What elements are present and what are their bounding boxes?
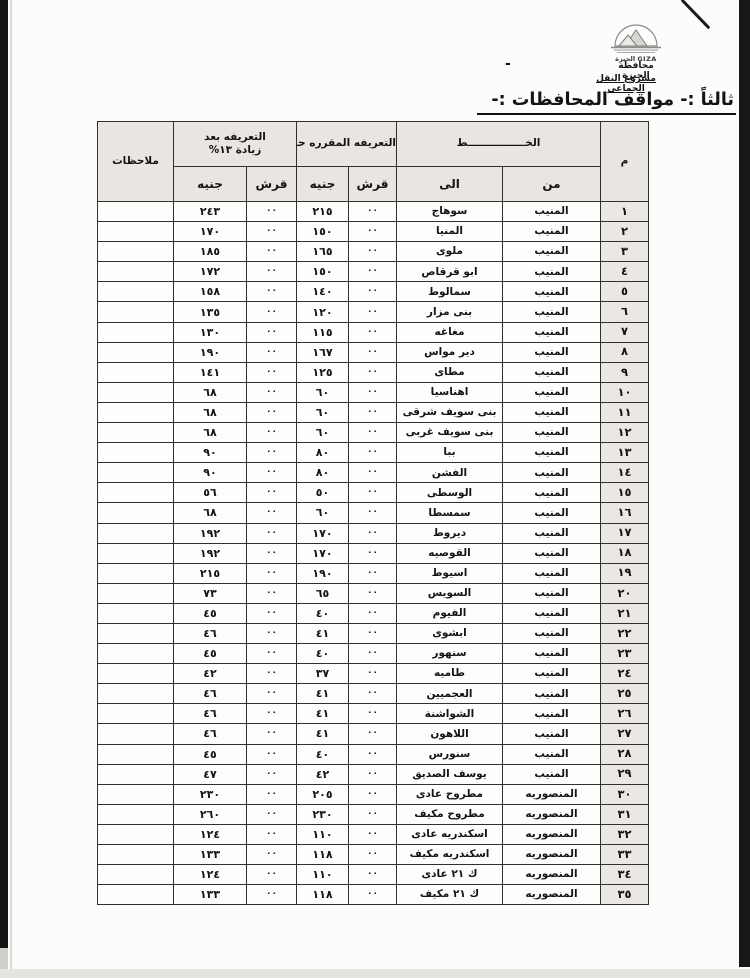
from-cell: المنيب	[503, 704, 601, 724]
increased-qirsh-cell: ٠٠	[247, 644, 297, 664]
from-cell: المنيب	[503, 342, 601, 362]
increased-guinea-cell: ٢٤٣	[174, 202, 247, 222]
row-index-cell: ٢٤	[601, 664, 649, 684]
current-qirsh-cell: ٠٠	[349, 503, 397, 523]
increased-guinea-cell: ١٤١	[174, 362, 247, 382]
current-qirsh-cell: ٠٠	[349, 362, 397, 382]
to-cell: طاميه	[397, 664, 503, 684]
current-qirsh-cell: ٠٠	[349, 523, 397, 543]
increased-qirsh-cell: ٠٠	[247, 402, 297, 422]
increased-qirsh-cell: ٠٠	[247, 423, 297, 443]
to-cell: العجميين	[397, 684, 503, 704]
row-index-cell: ١٨	[601, 543, 649, 563]
current-guinea-cell: ١١٨	[297, 885, 349, 905]
from-cell: المنيب	[503, 282, 601, 302]
row-index-cell: ٢٠	[601, 583, 649, 603]
row-index-cell: ٦	[601, 302, 649, 322]
to-cell: المنيا	[397, 222, 503, 242]
current-qirsh-cell: ٠٠	[349, 704, 397, 724]
row-index-cell: ١٢	[601, 423, 649, 443]
notes-cell	[98, 302, 174, 322]
notes-cell	[98, 724, 174, 744]
to-cell: ك ٢١ عادى	[397, 865, 503, 885]
col-header-qirsh-increased: قرش	[247, 167, 297, 202]
current-qirsh-cell: ٠٠	[349, 202, 397, 222]
table-row: ٢٧المنيباللاهون٠٠٤١٠٠٤٦	[98, 724, 649, 744]
increased-guinea-cell: ٤٦	[174, 623, 247, 643]
row-index-cell: ٣٣	[601, 845, 649, 865]
notes-cell	[98, 222, 174, 242]
scan-fold-line	[10, 0, 12, 978]
table-row: ١٧المنيبديروط٠٠١٧٠٠٠١٩٢	[98, 523, 649, 543]
from-cell: المنيب	[503, 583, 601, 603]
current-qirsh-cell: ٠٠	[349, 342, 397, 362]
increased-qirsh-cell: ٠٠	[247, 804, 297, 824]
row-index-cell: ٢	[601, 222, 649, 242]
to-cell: سنورس	[397, 744, 503, 764]
increased-qirsh-cell: ٠٠	[247, 764, 297, 784]
current-qirsh-cell: ٠٠	[349, 322, 397, 342]
to-cell: مغاغه	[397, 322, 503, 342]
current-guinea-cell: ٤٠	[297, 603, 349, 623]
to-cell: مطروح مكيف	[397, 804, 503, 824]
to-cell: ك ٢١ مكيف	[397, 885, 503, 905]
notes-cell	[98, 402, 174, 422]
increased-guinea-cell: ١٧٢	[174, 262, 247, 282]
current-qirsh-cell: ٠٠	[349, 423, 397, 443]
notes-cell	[98, 664, 174, 684]
increased-qirsh-cell: ٠٠	[247, 443, 297, 463]
scan-edge-bottom	[0, 969, 750, 978]
table-row: ٤المنيبابو قرقاص٠٠١٥٠٠٠١٧٢	[98, 262, 649, 282]
to-cell: دير مواس	[397, 342, 503, 362]
current-qirsh-cell: ٠٠	[349, 724, 397, 744]
current-qirsh-cell: ٠٠	[349, 824, 397, 844]
current-guinea-cell: ٨٠	[297, 443, 349, 463]
to-cell: اللاهون	[397, 724, 503, 744]
scan-edge-right	[739, 0, 750, 967]
increased-guinea-cell: ٦٨	[174, 402, 247, 422]
current-guinea-cell: ١١٠	[297, 865, 349, 885]
from-cell: المنيب	[503, 523, 601, 543]
current-guinea-cell: ٢١٥	[297, 202, 349, 222]
row-index-cell: ١١	[601, 402, 649, 422]
increased-qirsh-cell: ٠٠	[247, 222, 297, 242]
current-qirsh-cell: ٠٠	[349, 402, 397, 422]
current-guinea-cell: ٤٠	[297, 744, 349, 764]
increased-guinea-cell: ٤٦	[174, 704, 247, 724]
increased-guinea-cell: ٤٥	[174, 603, 247, 623]
row-index-cell: ٣	[601, 242, 649, 262]
increased-qirsh-cell: ٠٠	[247, 563, 297, 583]
table-row: ٢٣المنيبسنهور٠٠٤٠٠٠٤٥	[98, 644, 649, 664]
current-guinea-cell: ٤١	[297, 704, 349, 724]
giza-logo: الجيزة GIZA	[604, 22, 668, 63]
tariff-table: م الخــــــــــــــــط التعريفه المقرره …	[97, 121, 649, 905]
increased-guinea-cell: ١٣٠	[174, 322, 247, 342]
col-header-from: من	[503, 167, 601, 202]
current-qirsh-cell: ٠٠	[349, 242, 397, 262]
increased-qirsh-cell: ٠٠	[247, 342, 297, 362]
col-header-index: م	[601, 122, 649, 202]
row-index-cell: ١٣	[601, 443, 649, 463]
current-guinea-cell: ٣٧	[297, 664, 349, 684]
notes-cell	[98, 885, 174, 905]
row-index-cell: ٣٥	[601, 885, 649, 905]
increased-guinea-cell: ٤٦	[174, 724, 247, 744]
from-cell: المنيب	[503, 684, 601, 704]
row-index-cell: ١	[601, 202, 649, 222]
col-header-current-tariff: التعريفه المقرره حاليا	[297, 122, 397, 167]
increased-qirsh-cell: ٠٠	[247, 322, 297, 342]
current-qirsh-cell: ٠٠	[349, 885, 397, 905]
row-index-cell: ٢٨	[601, 744, 649, 764]
increased-qirsh-cell: ٠٠	[247, 824, 297, 844]
to-cell: مطاى	[397, 362, 503, 382]
to-cell: مطروح عادى	[397, 784, 503, 804]
table-row: ٢٤المنيبطاميه٠٠٣٧٠٠٤٢	[98, 664, 649, 684]
increased-qirsh-cell: ٠٠	[247, 463, 297, 483]
increased-qirsh-cell: ٠٠	[247, 242, 297, 262]
current-guinea-cell: ٢٣٠	[297, 804, 349, 824]
notes-cell	[98, 242, 174, 262]
row-index-cell: ٢٦	[601, 704, 649, 724]
notes-cell	[98, 583, 174, 603]
to-cell: ديروط	[397, 523, 503, 543]
row-index-cell: ١٩	[601, 563, 649, 583]
notes-cell	[98, 684, 174, 704]
notes-cell	[98, 503, 174, 523]
increased-guinea-cell: ٦٨	[174, 382, 247, 402]
row-index-cell: ٥	[601, 282, 649, 302]
notes-cell	[98, 262, 174, 282]
row-index-cell: ١٥	[601, 483, 649, 503]
current-guinea-cell: ٦٠	[297, 382, 349, 402]
increased-qirsh-cell: ٠٠	[247, 382, 297, 402]
current-qirsh-cell: ٠٠	[349, 603, 397, 623]
notes-cell	[98, 644, 174, 664]
to-cell: الفيوم	[397, 603, 503, 623]
current-qirsh-cell: ٠٠	[349, 644, 397, 664]
current-guinea-cell: ٦٠	[297, 402, 349, 422]
current-guinea-cell: ١٧٠	[297, 523, 349, 543]
from-cell: المنصوريه	[503, 824, 601, 844]
current-qirsh-cell: ٠٠	[349, 382, 397, 402]
current-qirsh-cell: ٠٠	[349, 583, 397, 603]
table-row: ٩المنيبمطاى٠٠١٢٥٠٠١٤١	[98, 362, 649, 382]
to-cell: ملوى	[397, 242, 503, 262]
increased-guinea-cell: ٥٦	[174, 483, 247, 503]
increased-guinea-cell: ٧٣	[174, 583, 247, 603]
current-guinea-cell: ٢٠٥	[297, 784, 349, 804]
current-qirsh-cell: ٠٠	[349, 483, 397, 503]
row-index-cell: ٨	[601, 342, 649, 362]
row-index-cell: ٧	[601, 322, 649, 342]
current-guinea-cell: ١٩٠	[297, 563, 349, 583]
current-guinea-cell: ٤١	[297, 724, 349, 744]
col-header-increased-tariff: التعريفه بعد زيادة ١٣%	[174, 122, 297, 167]
table-row: ٢المنيبالمنيا٠٠١٥٠٠٠١٧٠	[98, 222, 649, 242]
increased-guinea-cell: ٤٧	[174, 764, 247, 784]
from-cell: المنيب	[503, 764, 601, 784]
to-cell: اسكندريه مكيف	[397, 845, 503, 865]
notes-cell	[98, 463, 174, 483]
increased-guinea-cell: ١٨٥	[174, 242, 247, 262]
from-cell: المنصوريه	[503, 845, 601, 865]
increased-qirsh-cell: ٠٠	[247, 523, 297, 543]
increased-guinea-cell: ٤٦	[174, 684, 247, 704]
increased-guinea-cell: ١٣٣	[174, 885, 247, 905]
from-cell: المنيب	[503, 423, 601, 443]
increased-guinea-cell: ٦٨	[174, 423, 247, 443]
increased-guinea-cell: ١٥٨	[174, 282, 247, 302]
increased-qirsh-cell: ٠٠	[247, 362, 297, 382]
table-row: ٢٦المنيبالشواشنة٠٠٤١٠٠٤٦	[98, 704, 649, 724]
current-qirsh-cell: ٠٠	[349, 563, 397, 583]
from-cell: المنيب	[503, 623, 601, 643]
from-cell: المنيب	[503, 664, 601, 684]
current-qirsh-cell: ٠٠	[349, 845, 397, 865]
current-guinea-cell: ١٦٥	[297, 242, 349, 262]
increased-qirsh-cell: ٠٠	[247, 603, 297, 623]
notes-cell	[98, 804, 174, 824]
from-cell: المنصوريه	[503, 885, 601, 905]
table-row: ٦المنيببنى مزار٠٠١٢٠٠٠١٣٥	[98, 302, 649, 322]
tariff-table-body: ١المنيبسوهاج٠٠٢١٥٠٠٢٤٣٢المنيبالمنيا٠٠١٥٠…	[98, 202, 649, 905]
notes-cell	[98, 362, 174, 382]
table-row: ٣٢المنصوريهاسكندريه عادى٠٠١١٠٠٠١٢٤	[98, 824, 649, 844]
increased-qirsh-cell: ٠٠	[247, 282, 297, 302]
to-cell: بنى مزار	[397, 302, 503, 322]
row-index-cell: ١٠	[601, 382, 649, 402]
increased-guinea-cell: ٢٣٠	[174, 784, 247, 804]
increased-qirsh-cell: ٠٠	[247, 744, 297, 764]
pen-mark	[681, 0, 711, 29]
notes-cell	[98, 764, 174, 784]
current-qirsh-cell: ٠٠	[349, 443, 397, 463]
to-cell: سنهور	[397, 644, 503, 664]
notes-cell	[98, 523, 174, 543]
to-cell: السويس	[397, 583, 503, 603]
table-row: ٨المنيبدير مواس٠٠١٦٧٠٠١٩٠	[98, 342, 649, 362]
current-guinea-cell: ٨٠	[297, 463, 349, 483]
from-cell: المنيب	[503, 603, 601, 623]
col-header-notes: ملاحظات	[98, 122, 174, 202]
current-qirsh-cell: ٠٠	[349, 684, 397, 704]
increased-guinea-cell: ١٢٤	[174, 824, 247, 844]
from-cell: المنيب	[503, 483, 601, 503]
current-qirsh-cell: ٠٠	[349, 222, 397, 242]
pyramids-logo-icon	[607, 22, 665, 54]
row-index-cell: ١٦	[601, 503, 649, 523]
increased-qirsh-cell: ٠٠	[247, 845, 297, 865]
current-guinea-cell: ٤١	[297, 684, 349, 704]
notes-cell	[98, 563, 174, 583]
to-cell: الوسطى	[397, 483, 503, 503]
to-cell: ابشوى	[397, 623, 503, 643]
current-guinea-cell: ١٢٠	[297, 302, 349, 322]
from-cell: المنصوريه	[503, 804, 601, 824]
increased-guinea-cell: ١٩٢	[174, 523, 247, 543]
col-header-guinea-increased: جنيه	[174, 167, 247, 202]
from-cell: المنيب	[503, 402, 601, 422]
notes-cell	[98, 543, 174, 563]
from-cell: المنيب	[503, 242, 601, 262]
from-cell: المنيب	[503, 543, 601, 563]
table-row: ١٤المنيبالفشن٠٠٨٠٠٠٩٠	[98, 463, 649, 483]
to-cell: اسيوط	[397, 563, 503, 583]
table-row: ١١المنيببنى سويف شرقى٠٠٦٠٠٠٦٨	[98, 402, 649, 422]
row-index-cell: ٣٤	[601, 865, 649, 885]
current-qirsh-cell: ٠٠	[349, 282, 397, 302]
increased-guinea-cell: ٤٥	[174, 644, 247, 664]
increased-qirsh-cell: ٠٠	[247, 202, 297, 222]
row-index-cell: ١٤	[601, 463, 649, 483]
from-cell: المنيب	[503, 563, 601, 583]
notes-cell	[98, 443, 174, 463]
notes-cell	[98, 423, 174, 443]
increased-guinea-cell: ١٣٥	[174, 302, 247, 322]
increased-guinea-cell: ٩٠	[174, 463, 247, 483]
increased-qirsh-cell: ٠٠	[247, 483, 297, 503]
increased-qirsh-cell: ٠٠	[247, 684, 297, 704]
current-guinea-cell: ١٥٠	[297, 262, 349, 282]
current-guinea-cell: ١٢٥	[297, 362, 349, 382]
from-cell: المنيب	[503, 744, 601, 764]
current-guinea-cell: ٤٢	[297, 764, 349, 784]
current-guinea-cell: ١١٥	[297, 322, 349, 342]
notes-cell	[98, 322, 174, 342]
table-row: ١٦المنيبسمسطا٠٠٦٠٠٠٦٨	[98, 503, 649, 523]
to-cell: بنى سويف شرقى	[397, 402, 503, 422]
increased-guinea-cell: ٤٢	[174, 664, 247, 684]
notes-cell	[98, 382, 174, 402]
increased-guinea-cell: ١٣٣	[174, 845, 247, 865]
notes-cell	[98, 623, 174, 643]
notes-cell	[98, 603, 174, 623]
notes-cell	[98, 865, 174, 885]
table-row: ٣٣المنصوريهاسكندريه مكيف٠٠١١٨٠٠١٣٣	[98, 845, 649, 865]
table-row: ٢٩المنيبيوسف الصديق٠٠٤٢٠٠٤٧	[98, 764, 649, 784]
table-header: م الخــــــــــــــــط التعريفه المقرره …	[98, 122, 649, 202]
table-row: ٣٤المنصوريهك ٢١ عادى٠٠١١٠٠٠١٢٤	[98, 865, 649, 885]
from-cell: المنصوريه	[503, 865, 601, 885]
increased-qirsh-cell: ٠٠	[247, 664, 297, 684]
from-cell: المنيب	[503, 503, 601, 523]
table-row: ٣المنيبملوى٠٠١٦٥٠٠١٨٥	[98, 242, 649, 262]
increased-qirsh-cell: ٠٠	[247, 583, 297, 603]
increased-tariff-line2: زيادة ١٣%	[174, 144, 296, 157]
increased-qirsh-cell: ٠٠	[247, 503, 297, 523]
notes-cell	[98, 845, 174, 865]
notes-cell	[98, 282, 174, 302]
increased-guinea-cell: ٢٦٠	[174, 804, 247, 824]
current-qirsh-cell: ٠٠	[349, 463, 397, 483]
row-index-cell: ٢٩	[601, 764, 649, 784]
table-row: ٣٠المنصوريهمطروح عادى٠٠٢٠٥٠٠٢٣٠	[98, 784, 649, 804]
to-cell: ببا	[397, 443, 503, 463]
notes-cell	[98, 744, 174, 764]
current-guinea-cell: ١٦٧	[297, 342, 349, 362]
row-index-cell: ١٧	[601, 523, 649, 543]
table-row: ٢٥المنيبالعجميين٠٠٤١٠٠٤٦	[98, 684, 649, 704]
to-cell: الفشن	[397, 463, 503, 483]
table-row: ٢١المنيبالفيوم٠٠٤٠٠٠٤٥	[98, 603, 649, 623]
row-index-cell: ٢٧	[601, 724, 649, 744]
col-header-qirsh-current: قرش	[349, 167, 397, 202]
increased-guinea-cell: ١٩٠	[174, 342, 247, 362]
current-qirsh-cell: ٠٠	[349, 302, 397, 322]
current-qirsh-cell: ٠٠	[349, 744, 397, 764]
current-guinea-cell: ١٧٠	[297, 543, 349, 563]
to-cell: سوهاج	[397, 202, 503, 222]
dash-mark: -	[505, 56, 511, 72]
increased-qirsh-cell: ٠٠	[247, 262, 297, 282]
current-guinea-cell: ١٤٠	[297, 282, 349, 302]
table-row: ٢٢المنيبابشوى٠٠٤١٠٠٤٦	[98, 623, 649, 643]
to-cell: ابو قرقاص	[397, 262, 503, 282]
from-cell: المنيب	[503, 443, 601, 463]
current-qirsh-cell: ٠٠	[349, 543, 397, 563]
table-row: ١٥المنيبالوسطى٠٠٥٠٠٠٥٦	[98, 483, 649, 503]
increased-qirsh-cell: ٠٠	[247, 543, 297, 563]
from-cell: المنيب	[503, 644, 601, 664]
row-index-cell: ٢٥	[601, 684, 649, 704]
increased-guinea-cell: ٦٨	[174, 503, 247, 523]
current-guinea-cell: ٤٠	[297, 644, 349, 664]
increased-qirsh-cell: ٠٠	[247, 302, 297, 322]
current-guinea-cell: ٤١	[297, 623, 349, 643]
from-cell: المنصوريه	[503, 784, 601, 804]
scan-edge-left	[0, 0, 8, 948]
notes-cell	[98, 704, 174, 724]
table-row: ١٠المنيباهناسيا٠٠٦٠٠٠٦٨	[98, 382, 649, 402]
from-cell: المنيب	[503, 362, 601, 382]
increased-qirsh-cell: ٠٠	[247, 784, 297, 804]
table-row: ٣٥المنصوريهك ٢١ مكيف٠٠١١٨٠٠١٣٣	[98, 885, 649, 905]
notes-cell	[98, 202, 174, 222]
current-guinea-cell: ٦٠	[297, 503, 349, 523]
from-cell: المنيب	[503, 322, 601, 342]
to-cell: الشواشنة	[397, 704, 503, 724]
current-qirsh-cell: ٠٠	[349, 262, 397, 282]
row-index-cell: ٣١	[601, 804, 649, 824]
current-qirsh-cell: ٠٠	[349, 664, 397, 684]
table-row: ٣١المنصوريهمطروح مكيف٠٠٢٣٠٠٠٢٦٠	[98, 804, 649, 824]
row-index-cell: ٢٢	[601, 623, 649, 643]
from-cell: المنيب	[503, 262, 601, 282]
increased-tariff-line1: التعريفه بعد	[174, 131, 296, 144]
notes-cell	[98, 342, 174, 362]
page-title: ثالثاً :- مواقف المحافظات :-	[477, 90, 736, 115]
current-guinea-cell: ٦٠	[297, 423, 349, 443]
increased-guinea-cell: ٩٠	[174, 443, 247, 463]
to-cell: سمالوط	[397, 282, 503, 302]
to-cell: يوسف الصديق	[397, 764, 503, 784]
scanned-page: الجيزة GIZA محافظة الجيزة مشروع النقل ال…	[0, 0, 750, 978]
from-cell: المنيب	[503, 724, 601, 744]
from-cell: المنيب	[503, 302, 601, 322]
row-index-cell: ٢١	[601, 603, 649, 623]
increased-guinea-cell: ١٧٠	[174, 222, 247, 242]
notes-cell	[98, 483, 174, 503]
col-header-to: الى	[397, 167, 503, 202]
to-cell: القوصيه	[397, 543, 503, 563]
row-index-cell: ٩	[601, 362, 649, 382]
table-row: ١المنيبسوهاج٠٠٢١٥٠٠٢٤٣	[98, 202, 649, 222]
current-guinea-cell: ٦٥	[297, 583, 349, 603]
table-row: ٥المنيبسمالوط٠٠١٤٠٠٠١٥٨	[98, 282, 649, 302]
